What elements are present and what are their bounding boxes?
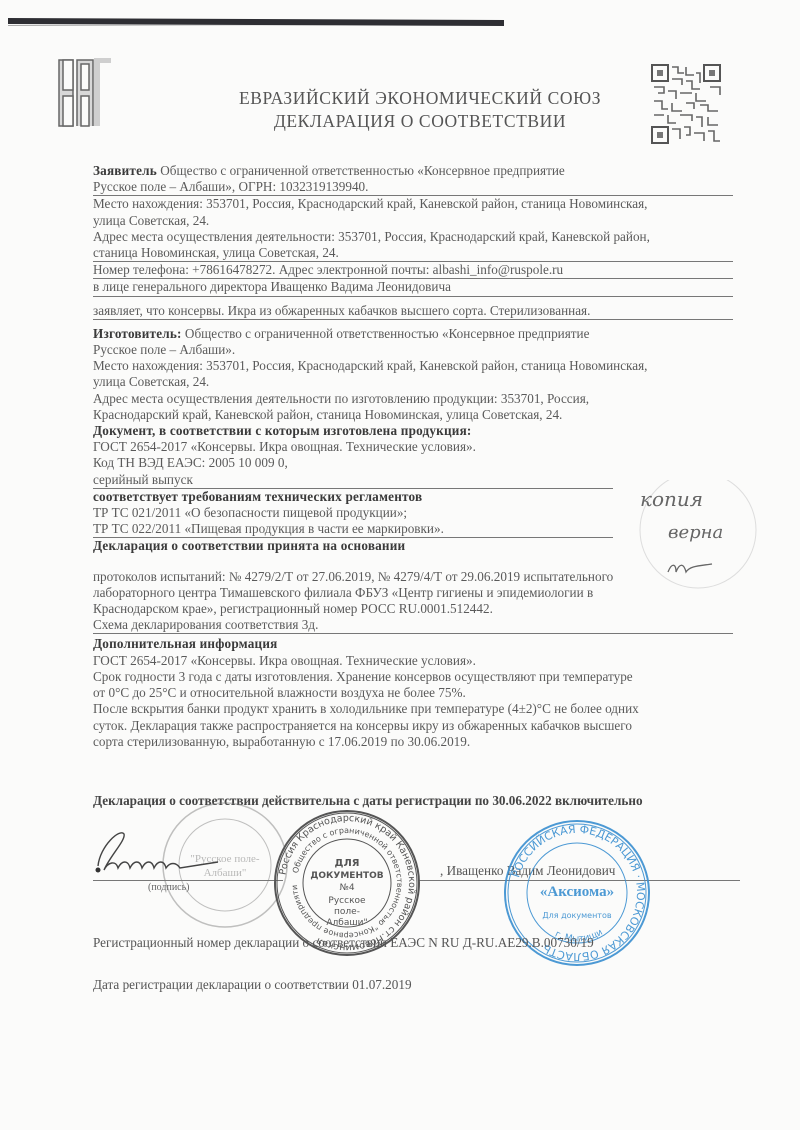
storage-after-opening: После вскрытия банки продукт хранить в х… [93, 701, 733, 717]
scan-top-bar [8, 13, 504, 21]
release-type: серийный выпуск [93, 472, 613, 488]
applicant-line1: Заявитель Общество с ограниченной ответс… [93, 163, 733, 179]
svg-text:«Аксиома»: «Аксиома» [540, 884, 614, 900]
svg-text:верна: верна [668, 522, 723, 543]
document-header: ЕВРАЗИЙСКИЙ ЭКОНОМИЧЕСКИЙ СОЮЗ ДЕКЛАРАЦИ… [205, 87, 635, 133]
svg-text:ДОКУМЕНТОВ: ДОКУМЕНТОВ [310, 871, 383, 881]
manufacturer-location: Место нахождения: 353701, Россия, Красно… [93, 358, 733, 374]
union-title: ЕВРАЗИЙСКИЙ ЭКОНОМИЧЕСКИЙ СОЮЗ [205, 87, 635, 110]
applicant-contacts: Номер телефона: +78616478272. Адрес элек… [93, 262, 733, 279]
svg-text:Русское: Русское [328, 896, 366, 906]
document-label: Документ, в соответствии с которым изгот… [93, 423, 733, 439]
svg-text:Албаши": Албаши" [326, 918, 367, 928]
declaration-scheme: Схема декларирования соответствия 3д. [93, 617, 733, 634]
signature-caption: (подпись) [148, 882, 190, 893]
represented-by: в лице генерального директора Иващенко В… [93, 279, 733, 296]
regulation-2: ТР ТС 022/2011 «Пищевая продукция в част… [93, 521, 613, 537]
additional-standard: ГОСТ 2654-2017 «Консервы. Икра овощная. … [93, 653, 733, 669]
handwritten-margin-notes: копия верна [628, 480, 778, 590]
svg-text:поле-: поле- [334, 907, 360, 917]
document-standard: ГОСТ 2654-2017 «Консервы. Икра овощная. … [93, 439, 733, 455]
applicant-location: Место нахождения: 353701, Россия, Красно… [93, 196, 733, 212]
manufacturer-line1: Изготовитель: Общество с ограниченной от… [93, 326, 733, 342]
svg-text:№4: №4 [339, 883, 354, 893]
qr-code-icon [650, 63, 722, 145]
tn-ved-code: Код ТН ВЭД ЕАЭС: 2005 10 009 0, [93, 455, 733, 471]
registration-date: Дата регистрации декларации о соответств… [93, 977, 412, 993]
manufacturer-production: Адрес места осуществления деятельности п… [93, 391, 733, 407]
svg-text:копия: копия [640, 487, 703, 511]
additional-info-label: Дополнительная информация [93, 636, 733, 652]
registration-number: Регистрационный номер декларации о соотв… [93, 935, 594, 951]
handwritten-signature [90, 826, 220, 881]
signature-line [93, 880, 283, 881]
svg-text:ДЛЯ: ДЛЯ [335, 858, 360, 869]
applicant-activity: Адрес места осуществления деятельности: … [93, 229, 733, 245]
shelf-life: Срок годности 3 года с даты изготовления… [93, 669, 733, 685]
svg-text:Для документов: Для документов [542, 911, 611, 920]
declaration-title: ДЕКЛАРАЦИЯ О СООТВЕТСТВИИ [205, 110, 635, 133]
product-declaration: заявляет, что консервы. Икра из обжаренн… [93, 303, 733, 320]
applicant-line2: Русское поле – Албаши», ОГРН: 1032319139… [93, 179, 733, 196]
eac-logo [57, 58, 113, 128]
declaration-body: Заявитель Общество с ограниченной ответс… [93, 163, 733, 750]
